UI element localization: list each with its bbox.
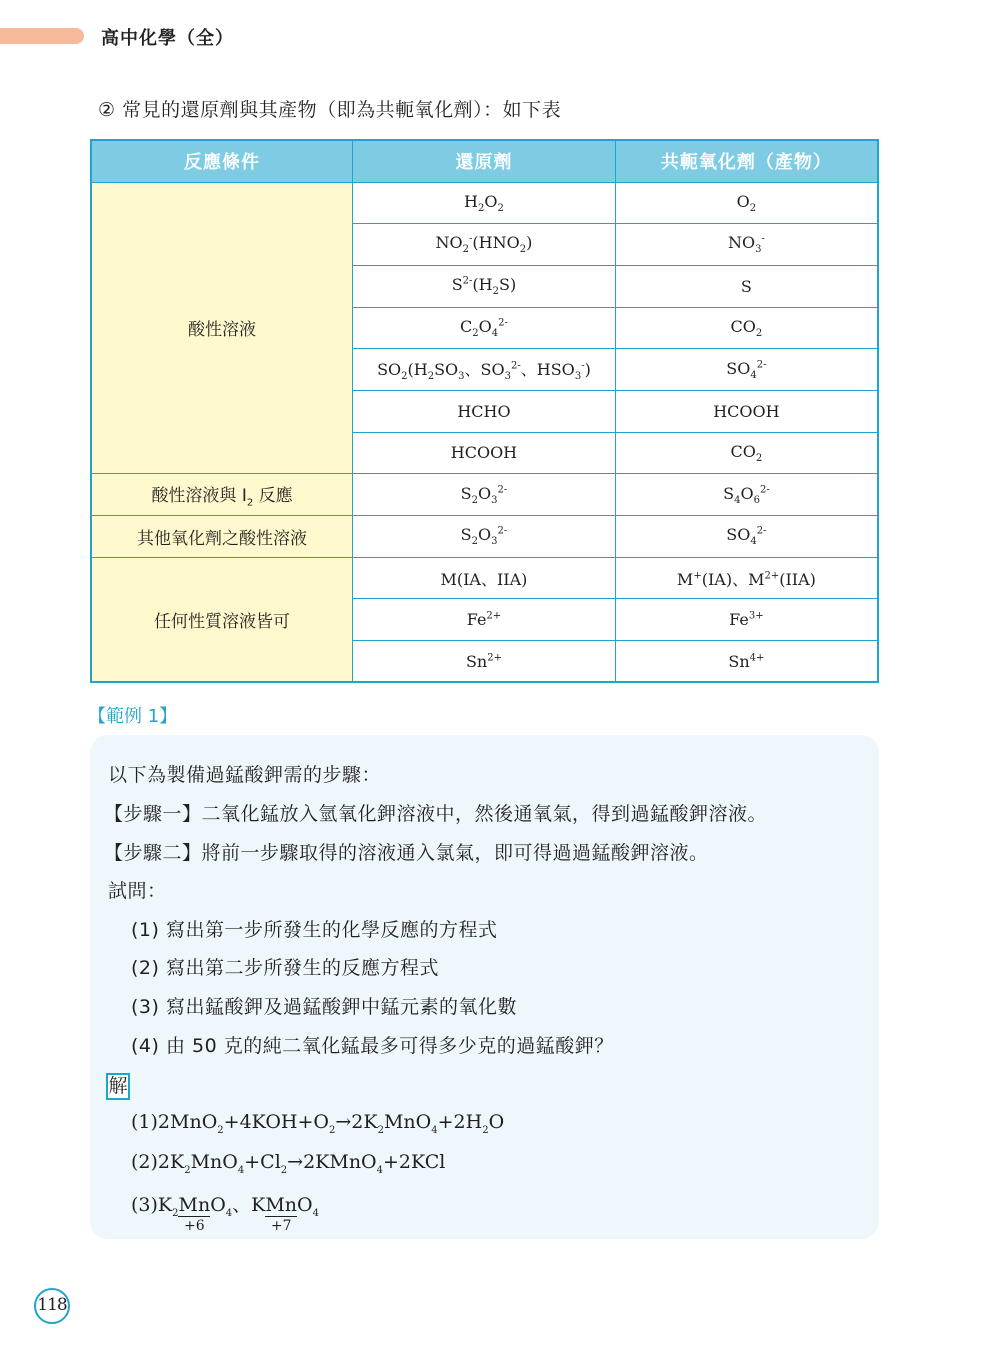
- answer-1: (1)2MnO2+4KOH+O2→2K2MnO4+2H2O: [131, 1111, 504, 1136]
- reducer-cell: S2O32-: [353, 474, 616, 516]
- reducer-cell: SO2(H2SO3、SO32-、HSO3-): [353, 349, 616, 391]
- table-header-row: 反應條件 還原劑 共軛氧化劑（產物）: [91, 140, 878, 182]
- example-step1: 【步驟一】二氧化錳放入氫氧化鉀溶液中，然後通氧氣，得到過錳酸鉀溶液。: [104, 799, 767, 826]
- product-cell: CO2: [615, 307, 878, 349]
- table-row: 任何性質溶液皆可 M(IA、IIA) M+(IA)、M2+(IIA): [91, 557, 878, 599]
- product-cell: Sn4+: [615, 641, 878, 683]
- example-intro: 以下為製備過錳酸鉀需的步驟：: [108, 760, 381, 787]
- table-row: 酸性溶液與 I2 反應 S2O32- S4O62-: [91, 474, 878, 516]
- question-label: 試問：: [108, 876, 167, 903]
- table-row: 其他氧化劑之酸性溶液 S2O32- SO42-: [91, 516, 878, 558]
- oxidation-mark: Mn+7: [265, 1195, 297, 1217]
- product-cell: S: [615, 265, 878, 307]
- answer-2: (2)2K2MnO4+Cl2→2KMnO4+2KCl: [131, 1151, 445, 1176]
- column-header-condition: 反應條件: [91, 140, 353, 182]
- column-header-reducer: 還原劑: [353, 140, 616, 182]
- product-cell: S4O62-: [615, 474, 878, 516]
- reducer-cell: S2-(H2S): [353, 265, 616, 307]
- product-cell: NO3-: [615, 224, 878, 266]
- product-cell: SO42-: [615, 516, 878, 558]
- section-title: ② 常見的還原劑與其產物（即為共軛氧化劑）：如下表: [98, 95, 561, 122]
- condition-cell: 酸性溶液與 I2 反應: [91, 474, 353, 516]
- column-header-product: 共軛氧化劑（產物）: [615, 140, 878, 182]
- question-item: (3) 寫出錳酸鉀及過錳酸鉀中錳元素的氧化數: [131, 992, 517, 1019]
- reducer-cell: H2O2: [353, 182, 616, 224]
- condition-cell: 其他氧化劑之酸性溶液: [91, 516, 353, 558]
- header-accent-bar: [0, 28, 84, 44]
- oxidation-mark: Mn+6: [178, 1195, 210, 1217]
- product-cell: SO42-: [615, 349, 878, 391]
- reducing-agents-table: 反應條件 還原劑 共軛氧化劑（產物） 酸性溶液 H2O2 O2 NO2-(HNO…: [90, 139, 879, 683]
- product-cell: CO2: [615, 432, 878, 474]
- table-row: 酸性溶液 H2O2 O2: [91, 182, 878, 224]
- reducer-cell: Sn2+: [353, 641, 616, 683]
- condition-cell: 任何性質溶液皆可: [91, 557, 353, 682]
- answer-3: (3)K2Mn+6O4、KMn+7O4: [131, 1190, 319, 1219]
- product-cell: HCOOH: [615, 390, 878, 432]
- reducer-cell: S2O32-: [353, 516, 616, 558]
- question-item: (4) 由 50 克的純二氧化錳最多可得多少克的過錳酸鉀？: [131, 1031, 614, 1058]
- product-cell: O2: [615, 182, 878, 224]
- example-step2: 【步驟二】將前一步驟取得的溶液通入氯氣，即可得過過錳酸鉀溶液。: [104, 838, 709, 865]
- book-title: 高中化學（全）: [101, 24, 234, 50]
- solution-badge: 解: [106, 1073, 130, 1100]
- product-cell: M+(IA)、M2+(IIA): [615, 557, 878, 599]
- example-label: 【範例 1】: [88, 702, 177, 728]
- reducer-cell: C2O42-: [353, 307, 616, 349]
- condition-cell: 酸性溶液: [91, 182, 353, 474]
- question-item: (2) 寫出第二步所發生的反應方程式: [131, 953, 439, 980]
- reducer-cell: NO2-(HNO2): [353, 224, 616, 266]
- reducer-cell: HCHO: [353, 390, 616, 432]
- reducer-cell: Fe2+: [353, 599, 616, 641]
- product-cell: Fe3+: [615, 599, 878, 641]
- reducer-cell: HCOOH: [353, 432, 616, 474]
- question-item: (1) 寫出第一步所發生的化學反應的方程式: [131, 915, 497, 942]
- reducer-cell: M(IA、IIA): [353, 557, 616, 599]
- page-number: 118: [34, 1288, 70, 1324]
